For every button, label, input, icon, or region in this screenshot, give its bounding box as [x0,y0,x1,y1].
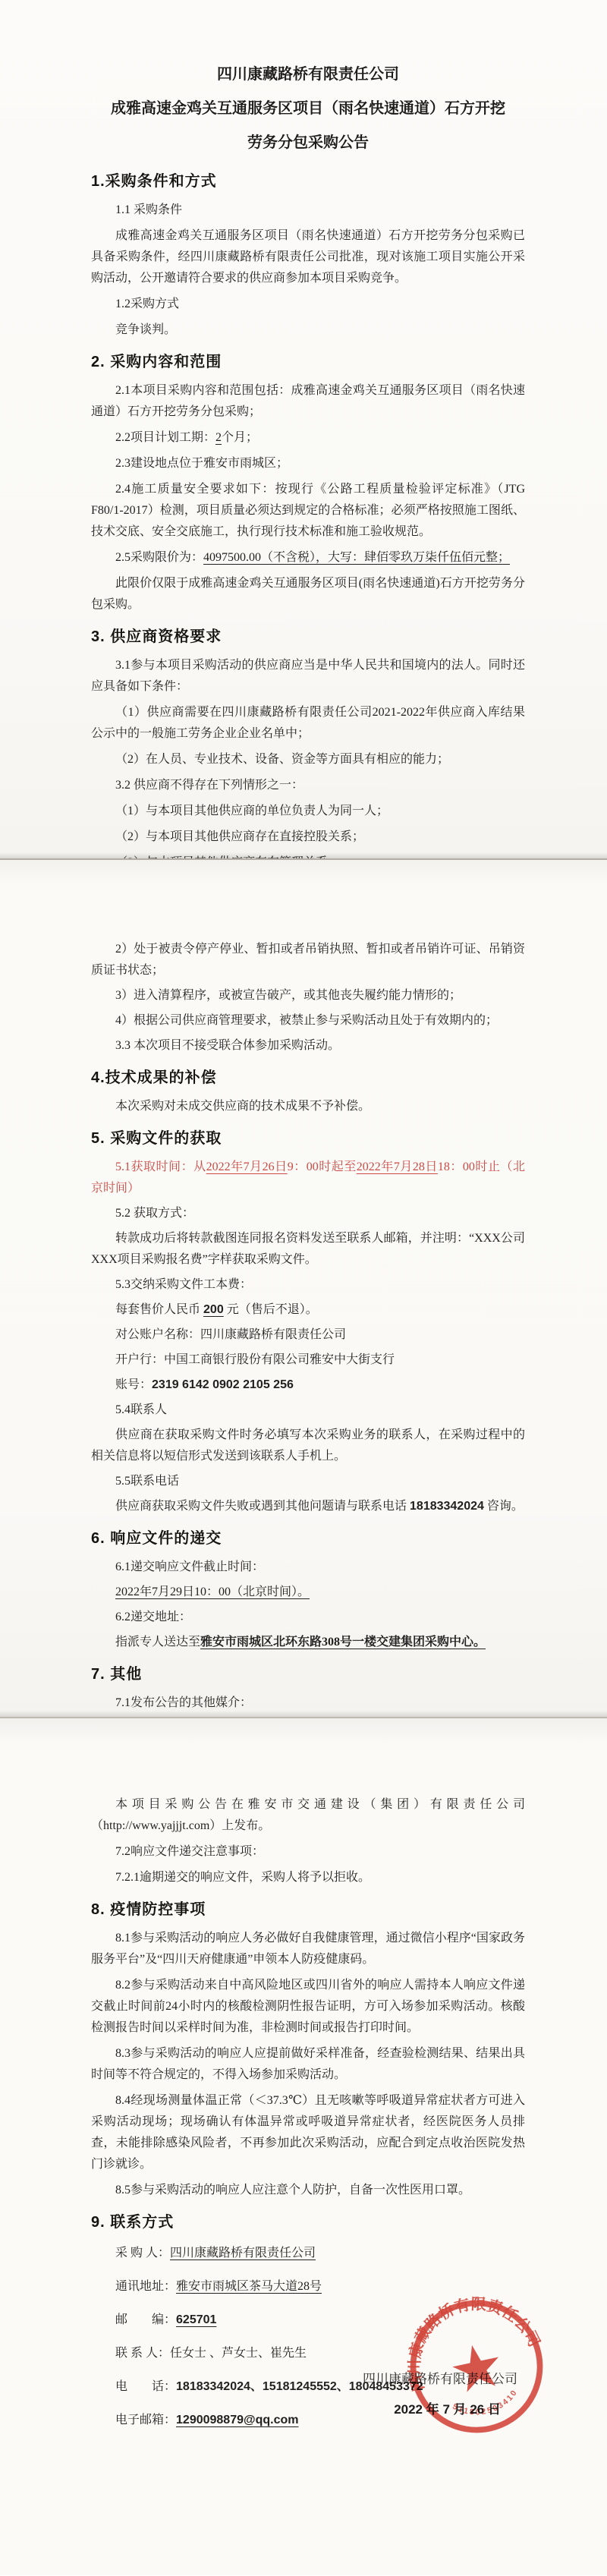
clause-2-2: 2.2项目计划工期：2个月； [91,427,525,449]
section-8-heading: 8. 疫情防控事项 [91,1899,525,1920]
obtain-time-pre: 5.1获取时间：从 [115,1160,206,1173]
clause-7-2-1: 7.2.1逾期递交的响应文件，采购人将予以拒收。 [91,1867,525,1888]
company-seal-stamp: 四川康藏路桥有限责任公司 5118025034105 [390,2280,563,2453]
clause-6-1-deadline: 2022年7月29日10：00（北京时间）。 [91,1582,525,1603]
section-4-heading: 4.技术成果的补偿 [91,1067,525,1088]
doc-fee-pre: 每套售价人民币 [115,1303,200,1316]
clause-2-5-pre: 2.5采购限价为： [115,551,203,564]
account-number-value: 2319 6142 0902 2105 256 [152,1378,294,1391]
title-line-company: 四川康藏路桥有限责任公司 [91,58,525,92]
clause-3-1-item-1: （1）供应商需要在四川康藏路桥有限责任公司2021-2022年供应商入库结果公示… [91,702,525,745]
page-2: 2）处于被责令停产停业、暂扣或者吊销执照、暂扣或者吊销许可证、吊销资质证书状态；… [0,858,607,1717]
clause-5-2-label: 5.2 获取方式： [91,1203,525,1224]
clause-2-2-pre: 2.2项目计划工期： [115,431,215,444]
obtain-time-mid: 9：00时起至 [288,1160,357,1173]
account-number-label: 账号： [115,1378,152,1391]
clause-1-2-body: 竞争谈判。 [91,320,525,341]
clause-7-1-body: 本项目采购公告在雅安市交通建设（集团）有限责任公司（http://www.yaj… [91,1794,525,1837]
clause-4-body: 本次采购对未成交供应商的技术成果不予补偿。 [91,1096,525,1117]
clause-3-3: 3.3 本次项目不接受联合体参加采购活动。 [91,1035,525,1057]
contact-value: 625701 [176,2313,216,2326]
clause-3-1-item-2: （2）在人员、专业技术、设备、资金等方面具有相应的能力； [91,749,525,770]
clause-7-2-label: 7.2响应文件递交注意事项： [91,1841,525,1863]
clause-3-1: 3.1参与本项目采购活动的供应商应当是中华人民共和国境内的法人。同时还应具备如下… [91,655,525,698]
section-9-heading: 9. 联系方式 [91,2212,525,2233]
obtain-time-start-date: 2022年7月26日 [206,1160,288,1173]
contact-row-purchaser: 采 购 人：四川康藏路桥有限责任公司 [91,2241,525,2266]
clause-6-2-address: 指派专人送达至雅安市雨城区北环东路308号一楼交建集团采购中心。 [91,1632,525,1653]
clause-2-2-post: 个月； [222,431,258,444]
bank-branch: 开户行：中国工商银行股份有限公司雅安中大街支行 [91,1349,525,1371]
section-5-heading: 5. 采购文件的获取 [91,1128,525,1149]
contact-value: 1290098879@qq.com [176,2414,298,2426]
section-3-heading: 3. 供应商资格要求 [91,626,525,647]
section-6-heading: 6. 响应文件的递交 [91,1528,525,1549]
hotline-pre: 供应商获取采购文件失败或遇到其他问题请与联系电话 [115,1500,407,1513]
clause-2-5-note: 此限价仅限于成雅高速金鸡关互通服务区项目(雨名快速通道)石方开挖劳务分包采购。 [91,573,525,616]
page-3: 本项目采购公告在雅安市交通建设（集团）有限责任公司（http://www.yaj… [0,1717,607,2575]
clause-5-5-label: 5.5联系电话 [91,1471,525,1492]
clause-5-4-label: 5.4联系人 [91,1400,525,1421]
clause-8-2: 8.2参与采购活动来自中高风险地区或四川省外的响应人需持本人响应文件递交截止时间… [91,1975,525,2039]
contact-label: 电 话： [115,2380,176,2393]
clause-3-2-item-4-sub-3: 3）进入清算程序，或被宣告破产，或其他丧失履约能力情形的； [91,985,525,1006]
clause-1-1-body: 成雅高速金鸡关互通服务区项目（雨名快速通道）石方开挖劳务分包采购已具备采购条件，… [91,225,525,289]
clause-1-2-label: 1.2采购方式 [91,294,525,315]
hotline-post: 咨询。 [487,1500,524,1513]
clause-5-3-price: 每套售价人民币 200 元（售后不退）。 [91,1299,525,1321]
section-7-heading: 7. 其他 [91,1664,525,1685]
clause-2-3: 2.3建设地点位于雅安市雨城区； [91,453,525,474]
delivery-address: 雅安市雨城区北环东路308号一楼交建集团采购中心。 [200,1636,486,1649]
doc-fee-post: 元（售后不退）。 [227,1303,318,1316]
clause-8-4: 8.4经现场测量体温正常（＜37.3℃）且无咳嗽等呼吸道异常症状者方可进入采购活… [91,2090,525,2175]
clause-2-2-duration: 2 [215,431,222,444]
submission-deadline: 2022年7月29日10：00（北京时间）。 [115,1586,310,1598]
clause-5-3-label: 5.3交纳采购文件工本费： [91,1274,525,1296]
clause-8-1: 8.1参与采购活动的响应人务必做好自我健康管理，通过微信小程序“国家政务服务平台… [91,1928,525,1970]
clause-2-4: 2.4施工质量安全要求如下：按现行《公路工程质量检验评定标准》（JTG F80/… [91,479,525,543]
clause-2-5-price: 4097500.00（不含税），大写：肆佰零玖万柒仟伍佰元整； [203,551,510,564]
clause-3-2-item-1: （1）与本项目其他供应商的单位负责人为同一人； [91,801,525,822]
clause-3-2-item-3: （3）与本项目其他供应商存在管理关系； [91,852,525,858]
clause-3-2: 3.2 供应商不得存在下列情形之一： [91,775,525,796]
clause-5-4-body: 供应商在获取采购文件时务必填写本次采购业务的联系人，在采购过程中的相关信息将以短… [91,1425,525,1467]
stamp-star-icon [449,2340,505,2394]
section-1-heading: 1.采购条件和方式 [91,171,525,192]
contact-value: 四川康藏路桥有限责任公司 [170,2247,316,2260]
contact-label: 采 购 人： [115,2247,170,2260]
contact-label: 电子邮箱： [115,2414,176,2426]
delivery-pre: 指派专人送达至 [115,1636,200,1649]
contact-value: 雅安市雨城区茶马大道28号 [176,2280,322,2293]
clause-7-1-label: 7.1发布公告的其他媒介： [91,1693,525,1714]
obtain-time-end-date: 2022年7月28日 [357,1160,438,1173]
clause-6-1-label: 6.1递交响应文件截止时间： [91,1557,525,1578]
page-1: 四川康藏路桥有限责任公司 成雅高速金鸡关互通服务区项目（雨名快速通道）石方开挖 … [0,0,607,858]
bank-account-number: 账号：2319 6142 0902 2105 256 [91,1375,525,1396]
contact-label: 联 系 人： [115,2347,170,2360]
clause-3-2-item-4-sub-4: 4）根据公司供应商管理要求，被禁止参与采购活动且处于有效期内的； [91,1010,525,1031]
clause-2-1: 2.1本项目采购内容和范围包括：成雅高速金鸡关互通服务区项目（雨名快速通道）石方… [91,380,525,423]
contact-label: 通讯地址： [115,2280,176,2293]
bank-account-name: 对公账户名称：四川康藏路桥有限责任公司 [91,1324,525,1346]
clause-5-2-body: 转款成功后将转款截图连同报名资料发送至联系人邮箱，并注明：“XXX公司XXX项目… [91,1228,525,1271]
doc-fee-amount: 200 [203,1303,224,1316]
section-2-heading: 2. 采购内容和范围 [91,351,525,373]
clause-5-1-obtain-time: 5.1获取时间：从2022年7月26日9：00时起至2022年7月28日18：0… [91,1157,525,1199]
title-line-project: 成雅高速金鸡关互通服务区项目（雨名快速通道）石方开挖 [91,92,525,126]
clause-1-1-label: 1.1 采购条件 [91,200,525,221]
title-line-notice: 劳务分包采购公告 [91,126,525,160]
clause-8-5: 8.5参与采购活动的响应人应注意个人防护，自备一次性医用口罩。 [91,2180,525,2201]
clause-3-2-item-2: （2）与本项目其他供应商存在直接控股关系； [91,827,525,848]
document-title: 四川康藏路桥有限责任公司 成雅高速金鸡关互通服务区项目（雨名快速通道）石方开挖 … [91,58,525,160]
contact-value: 任女士 、芦女士、崔先生 [170,2347,307,2360]
clause-8-3: 8.3参与采购活动的响应人应提前做好采样准备，经查验检测结果、结果出具时间等不符… [91,2043,525,2086]
hotline-number: 18183342024 [410,1500,484,1513]
document-scan: 四川康藏路桥有限责任公司 成雅高速金鸡关互通服务区项目（雨名快速通道）石方开挖 … [0,0,607,2575]
clause-3-2-item-4-sub-2: 2）处于被责令停产停业、暂扣或者吊销执照、暂扣或者吊销许可证、吊销资质证书状态； [91,939,525,981]
clause-6-2-label: 6.2递交地址： [91,1607,525,1628]
clause-2-5: 2.5采购限价为：4097500.00（不含税），大写：肆佰零玖万柒仟伍佰元整； [91,547,525,568]
clause-5-5-body: 供应商获取采购文件失败或遇到其他问题请与联系电话 18183342024 咨询。 [91,1496,525,1517]
contact-label: 邮 编： [115,2313,176,2326]
